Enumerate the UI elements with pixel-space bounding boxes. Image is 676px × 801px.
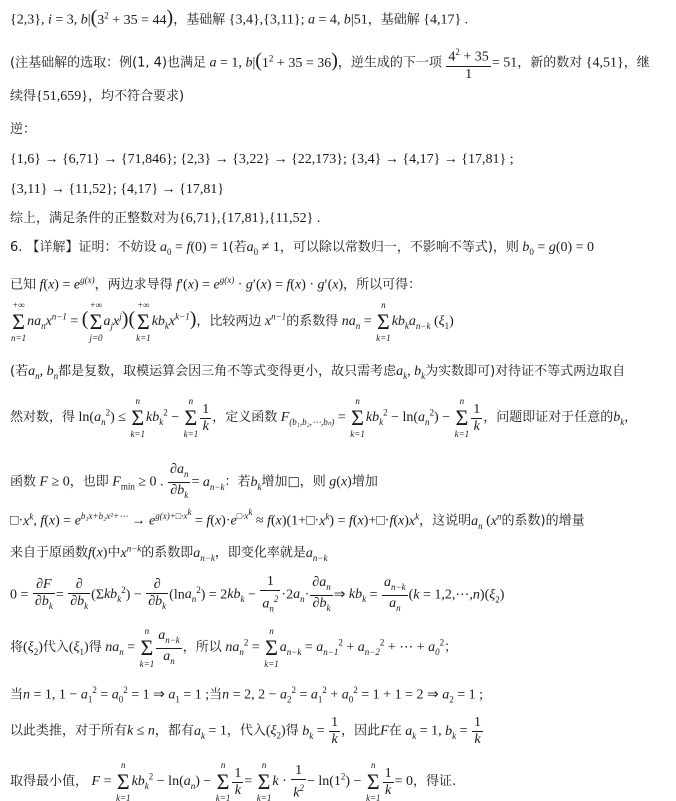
line-8: 6. 【详解】证明：不妨设 a0 = f(0) = 1(若a0 ≠ 1，可以除以… bbox=[10, 238, 594, 262]
text: ，均不符合要求) bbox=[88, 89, 184, 104]
text: 增加□，则 bbox=[261, 475, 325, 490]
text: ：若 bbox=[224, 475, 250, 490]
line-3: 续得{51,659}，均不符合要求) bbox=[10, 87, 184, 107]
text: 的系数)的增量 bbox=[502, 514, 585, 529]
text: 将 bbox=[10, 640, 23, 655]
line-7: 综上，满足条件的正整数对为{6,71},{17,81},{11,52} . bbox=[10, 209, 320, 229]
text: 代入 bbox=[43, 640, 69, 655]
text: 逆： bbox=[10, 122, 36, 137]
text: ，所以可得： bbox=[343, 278, 421, 293]
text: ，新的数对 bbox=[517, 56, 582, 71]
text: 基础解 bbox=[186, 13, 225, 28]
line-9: 已知 f(x) = eg(x)，两边求导得 f′(x) = eg(x) · g′… bbox=[10, 270, 421, 296]
line-13: 函数 F ≥ 0，也即 Fmin ≥ 0 . ∂an∂bk= an−k：若bk增… bbox=[10, 462, 378, 503]
text: ，代入 bbox=[227, 724, 266, 739]
text: ，定义函数 bbox=[212, 410, 277, 425]
text: (注基础解的选取：例(1, 4)也满足 bbox=[10, 56, 206, 71]
text: 来自于原函数 bbox=[10, 546, 88, 561]
line-15: 来自于原函数f(x)中xn−k的系数即an−k，即变化率就是an−k bbox=[10, 538, 327, 567]
text: 基础解 bbox=[381, 13, 420, 28]
text: ，这说明 bbox=[419, 514, 471, 529]
text: 取得最小值， bbox=[10, 774, 88, 789]
line-14: □·xk, f(x) = eb₁x+b₂x²+⋯ → eg(x)+□·xk = … bbox=[10, 502, 585, 535]
text: 的系数即 bbox=[141, 546, 193, 561]
line-16: 0 = ∂F∂bk= ∂∂bk(Σkbk2) − ∂∂bk(lnan2) = 2… bbox=[10, 574, 504, 616]
text: ，因此 bbox=[341, 724, 380, 739]
text: ，得证. bbox=[413, 774, 456, 789]
text: (若 bbox=[10, 364, 28, 379]
line-1: {2,3}, i = 3, b|(32 + 35 = 44)，基础解 {3,4}… bbox=[10, 5, 468, 31]
text: 中 bbox=[107, 546, 120, 561]
text: (若 bbox=[229, 240, 247, 255]
line-5: {1,6} → {6,71} → {71,846}; {2,3} → {3,22… bbox=[10, 150, 514, 170]
text: 为实数即可)对待证不等式两边取自 bbox=[425, 364, 625, 379]
text: ，即变化率就是 bbox=[215, 546, 306, 561]
text: 在 bbox=[389, 724, 402, 739]
text: ，比较两边 bbox=[196, 314, 261, 329]
text: 已知 bbox=[10, 278, 36, 293]
text: 综上，满足条件的正整数对为 bbox=[10, 211, 179, 226]
line-19: 以此类推，对于所有k ≤ n，都有ak = 1，代入(ξ2)得 bk = 1k，… bbox=[10, 715, 484, 748]
text: 以此类推，对于所有 bbox=[10, 724, 127, 739]
text: ，都有 bbox=[155, 724, 194, 739]
text: 增加 bbox=[352, 475, 378, 490]
text: ，问题即证对于任意的 bbox=[483, 410, 613, 425]
text: 当 bbox=[209, 688, 222, 703]
text: ，两边求导得 bbox=[95, 278, 173, 293]
text: ，也即 bbox=[70, 475, 109, 490]
text: 的系数得 bbox=[286, 314, 338, 329]
text: 函数 bbox=[10, 475, 36, 490]
text: 续得 bbox=[10, 89, 36, 104]
line-12: 然对数，得 ln(an2) ≤ nΣk=1kbk2 − nΣk=11k，定义函数… bbox=[10, 396, 637, 440]
text: ， bbox=[368, 13, 381, 28]
text: ，所以 bbox=[183, 640, 222, 655]
line-10: +∞Σn=1nanxn−1 = (+∞Σj=0ajxj)(+∞Σk=1kbkxk… bbox=[10, 300, 454, 344]
line-4: 逆： bbox=[10, 120, 36, 140]
line-20: 取得最小值， F = nΣk=1kbk2 − ln(an) − nΣk=11k=… bbox=[10, 760, 456, 801]
text: ，继 bbox=[624, 56, 650, 71]
text: ， bbox=[173, 13, 186, 28]
text: 6. 【详解】证明：不妨设 bbox=[10, 240, 157, 255]
text: 得 bbox=[89, 640, 102, 655]
text: 都是复数，取模运算会因三角不等式变得更小，故只需考虑 bbox=[58, 364, 396, 379]
text: ，可以除以常数归一，不影响不等式)，则 bbox=[280, 240, 519, 255]
text: 得 bbox=[286, 724, 299, 739]
text: 当 bbox=[10, 688, 23, 703]
fraction: 42 + 351 bbox=[446, 44, 490, 83]
text: 然对数，得 bbox=[10, 410, 75, 425]
line-2: (注基础解的选取：例(1, 4)也满足 a = 1, b|(12 + 35 = … bbox=[10, 44, 650, 83]
text: ，逆生成的下一项 bbox=[338, 56, 442, 71]
line-17: 将(ξ2)代入(ξ1)得 nan = nΣk=1an−kan，所以 nan2 =… bbox=[10, 626, 457, 670]
line-11: (若an, bn都是复数，取模运算会因三角不等式变得更小，故只需考虑ak, bk… bbox=[10, 362, 625, 386]
line-6: {3,11} → {11,52}; {4,17} → {17,81} bbox=[10, 180, 224, 200]
line-18: 当n = 1, 1 − a12 = a02 = 1 ⇒ a1 = 1 ;当n =… bbox=[10, 680, 483, 709]
